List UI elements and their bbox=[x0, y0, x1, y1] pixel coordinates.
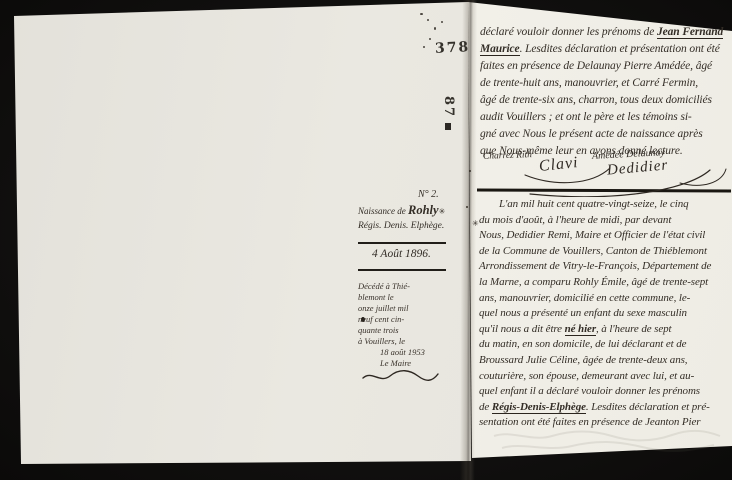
manuscript-line: Broussard Julie Céline, âgée de trente-d… bbox=[479, 353, 731, 369]
manuscript-line: audit Vouillers ; et ont le père et les … bbox=[480, 109, 730, 126]
manuscript-line: la Marne, a comparu Rohly Émile, âgé de … bbox=[479, 275, 731, 291]
page-number-stamp: 378 bbox=[435, 39, 471, 57]
line-text: , à l'heure de sept bbox=[596, 323, 672, 335]
stamp-square-mark bbox=[446, 123, 452, 130]
manuscript-line: quel enfant il a déclaré vouloir donner … bbox=[479, 384, 731, 400]
act-number: N° 2. bbox=[418, 189, 439, 200]
manuscript-line: faites en présence de Delaunay Pierre Am… bbox=[480, 58, 730, 75]
ink-speck bbox=[441, 21, 443, 23]
manuscript-line: ans, manouvrier, domicilié en cette comm… bbox=[479, 291, 731, 307]
manuscript-line: Maurice. Lesdites déclaration et présent… bbox=[480, 41, 730, 58]
manuscript-line: de trente-huit ans, manouvrier, et Carré… bbox=[480, 75, 730, 92]
manuscript-line: Nous, Dedidier Remi, Maire et Officier d… bbox=[479, 228, 731, 244]
manuscript-line: de la Commune de Vouillers, Canton de Th… bbox=[479, 244, 731, 260]
manuscript-line: du mois d'août, à l'heure de midi, par d… bbox=[479, 213, 731, 229]
note-line: onze juillet mil bbox=[358, 303, 425, 314]
margin-rule bbox=[358, 242, 446, 244]
death-margin-note: Décédé à Thié- blemont le onze juillet m… bbox=[358, 281, 425, 369]
manuscript-line: du matin, en son domicile, de lui déclar… bbox=[479, 337, 731, 353]
note-line: quante trois bbox=[358, 325, 425, 336]
side-number-stamp: 87 bbox=[441, 96, 456, 130]
manuscript-line: de Régis-Denis-Elphège. Lesdites déclara… bbox=[479, 400, 731, 416]
note-line: à Vouillers, le bbox=[358, 336, 425, 347]
manuscript-line: âgé de trente-six ans, charron, tous deu… bbox=[480, 92, 730, 109]
manuscript-line: couturière, son épouse, demeurant avec l… bbox=[479, 369, 731, 385]
margin-rule bbox=[358, 269, 446, 271]
ink-speck bbox=[429, 38, 431, 40]
ink-speck bbox=[427, 19, 429, 21]
record-label: Naissance de bbox=[358, 206, 406, 216]
ink-speck bbox=[423, 46, 425, 48]
child-names-underlined: Jean Fernand bbox=[657, 26, 723, 39]
line-text: . Lesdites déclaration et pré- bbox=[586, 401, 710, 413]
child-names-underlined: Régis-Denis-Elphège bbox=[492, 401, 586, 414]
line-text: déclaré vouloir donner les prénoms de bbox=[480, 26, 657, 38]
act-2-text: L'an mil huit cent quatre-vingt-seize, l… bbox=[479, 197, 731, 431]
binding-dot bbox=[469, 170, 471, 172]
manuscript-line: qu'il nous a dit être né hier, à l'heure… bbox=[479, 322, 731, 338]
line-text: . Lesdites déclaration et présentation o… bbox=[520, 43, 720, 55]
scanned-register-spread: 378 87 N° 2. Naissance de Rohly✳ Régis. … bbox=[0, 0, 732, 480]
ink-speck bbox=[434, 27, 436, 30]
record-given-names: Régis. Denis. Elphège. bbox=[358, 221, 444, 231]
manuscript-line: déclaré vouloir donner les prénoms de Je… bbox=[480, 24, 730, 41]
act-date: 4 Août 1896. bbox=[372, 248, 431, 260]
ink-speck bbox=[420, 13, 423, 15]
manuscript-line: gné avec Nous le présent acte de naissan… bbox=[480, 126, 730, 143]
line-text: qu'il nous a dit être bbox=[479, 323, 565, 335]
line-text: de bbox=[479, 401, 492, 413]
manuscript-line: quel nous a présenté un enfant du sexe m… bbox=[479, 306, 731, 322]
side-number-text: 87 bbox=[441, 96, 456, 118]
note-line: 18 août 1953 bbox=[358, 347, 425, 358]
born-yesterday-underlined: né hier bbox=[565, 323, 596, 336]
record-surname: Rohly bbox=[408, 203, 439, 217]
manuscript-line: Arrondissement de Vitry-le-François, Dép… bbox=[479, 259, 731, 275]
manuscript-line: L'an mil huit cent quatre-vingt-seize, l… bbox=[479, 197, 731, 213]
margin-record-line: Naissance de Rohly✳ bbox=[358, 203, 445, 218]
renvoi-mark: ✳ bbox=[472, 219, 479, 228]
renvoi-mark: ✳ bbox=[439, 207, 446, 216]
mayor-signature-scrawl bbox=[360, 366, 440, 386]
signature-flourishes bbox=[480, 145, 732, 197]
act-1-text: déclaré vouloir donner les prénoms de Je… bbox=[480, 24, 730, 160]
child-names-underlined: Maurice bbox=[480, 43, 520, 56]
note-line: neuf cent cin- bbox=[358, 314, 425, 325]
note-line: Décédé à Thié- bbox=[358, 281, 425, 292]
ink-bleed-through bbox=[492, 428, 722, 454]
note-line: blemont le bbox=[358, 292, 425, 303]
